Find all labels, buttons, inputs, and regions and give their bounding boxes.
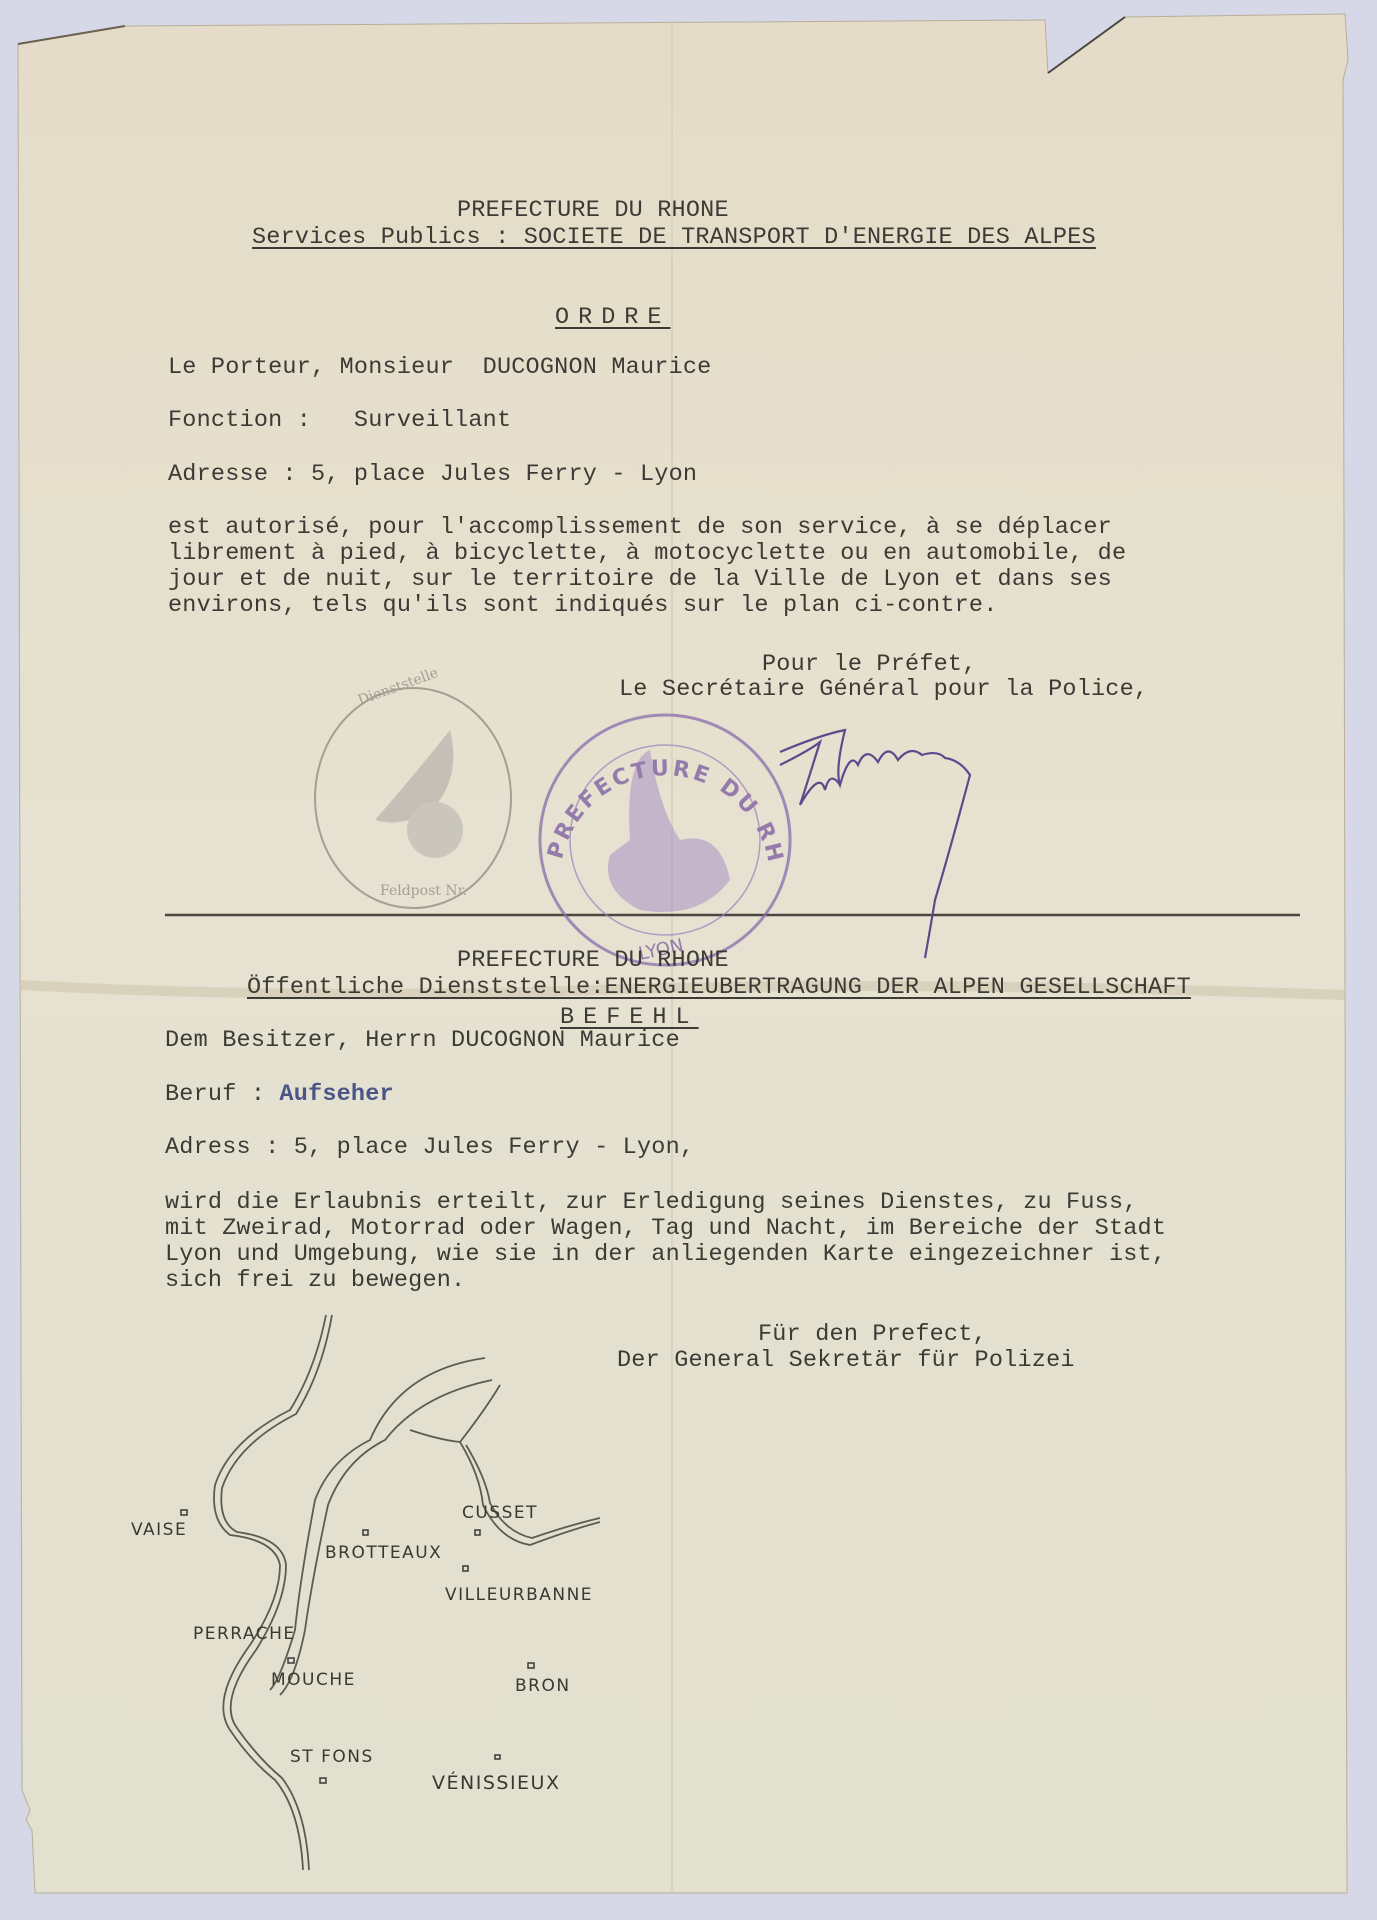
saone-river (214, 1315, 326, 1870)
german-eagle-stamp: Dienststelle Feldpost Nr. (315, 665, 511, 908)
french-body-line: jour et de nuit, sur le territoire de la… (168, 567, 1112, 593)
map-label-bron: BRON (515, 1676, 571, 1696)
german-header-prefecture: PREFECTURE DU RHONE (457, 948, 729, 974)
german-profession-label: Beruf : (165, 1081, 279, 1108)
map-label-brotteaux: BROTTEAUX (325, 1543, 442, 1563)
french-bearer: Le Porteur, Monsieur DUCOGNON Maurice (168, 355, 712, 381)
french-header-prefecture: PREFECTURE DU RHONE (457, 198, 729, 224)
german-signature-line1: Für den Prefect, (758, 1322, 987, 1348)
prefecture-du-rhone-stamp: PREFECTURE DU RHONE LYON (300, 660, 790, 965)
french-body-line: est autorisé, pour l'accomplissement de … (168, 515, 1112, 541)
french-body-line: environs, tels qu'ils sont indiqués sur … (168, 593, 998, 619)
map-label-perrache: PERRACHE (193, 1624, 296, 1644)
french-header-services: Services Publics : SOCIETE DE TRANSPORT … (252, 225, 1096, 251)
map-label-st-fons: ST FONS (290, 1747, 374, 1767)
svg-text:Feldpost Nr.: Feldpost Nr. (380, 883, 467, 899)
german-profession: Beruf : Aufseher (165, 1082, 394, 1108)
map-label-mouche: MOUCHE (271, 1670, 356, 1690)
stamps-and-signature: Dienststelle Feldpost Nr. PREFECTURE DU … (300, 660, 840, 980)
french-address: Adresse : 5, place Jules Ferry - Lyon (168, 462, 697, 488)
map-label-venissieux: VÉNISSIEUX (432, 1772, 560, 1794)
german-signature-line2: Der General Sekretär für Polizei (617, 1348, 1075, 1374)
german-bearer: Dem Besitzer, Herrn DUCOGNON Maurice (165, 1028, 680, 1054)
signature-stroke (760, 700, 1060, 970)
map-label-cusset: CUSSET (462, 1503, 538, 1523)
german-bearer-name: DUCOGNON Maurice (451, 1027, 680, 1054)
map-label-villeurbanne: VILLEURBANNE (445, 1585, 593, 1605)
german-body-line: Lyon und Umgebung, wie sie in der anlieg… (165, 1242, 1166, 1268)
german-header-dienststelle: Öffentliche Dienststelle:ENERGIEUBERTRAG… (247, 975, 1191, 1001)
german-address: Adress : 5, place Jules Ferry - Lyon, (165, 1135, 694, 1161)
map-label-vaise: VAISE (131, 1520, 187, 1540)
german-body-line: mit Zweirad, Motorrad oder Wagen, Tag un… (165, 1216, 1166, 1242)
german-bearer-prefix: Dem Besitzer, Herrn (165, 1027, 451, 1054)
german-body-line: sich frei zu bewegen. (165, 1268, 465, 1294)
french-body-line: librement à pied, à bicyclette, à motocy… (168, 541, 1126, 567)
german-profession-value: Aufseher (279, 1081, 393, 1108)
french-function: Fonction : Surveillant (168, 408, 511, 434)
french-title-ordre: ORDRE (555, 305, 671, 331)
svg-text:Dienststelle: Dienststelle (356, 665, 441, 709)
german-body-line: wird die Erlaubnis erteilt, zur Erledigu… (165, 1190, 1138, 1216)
